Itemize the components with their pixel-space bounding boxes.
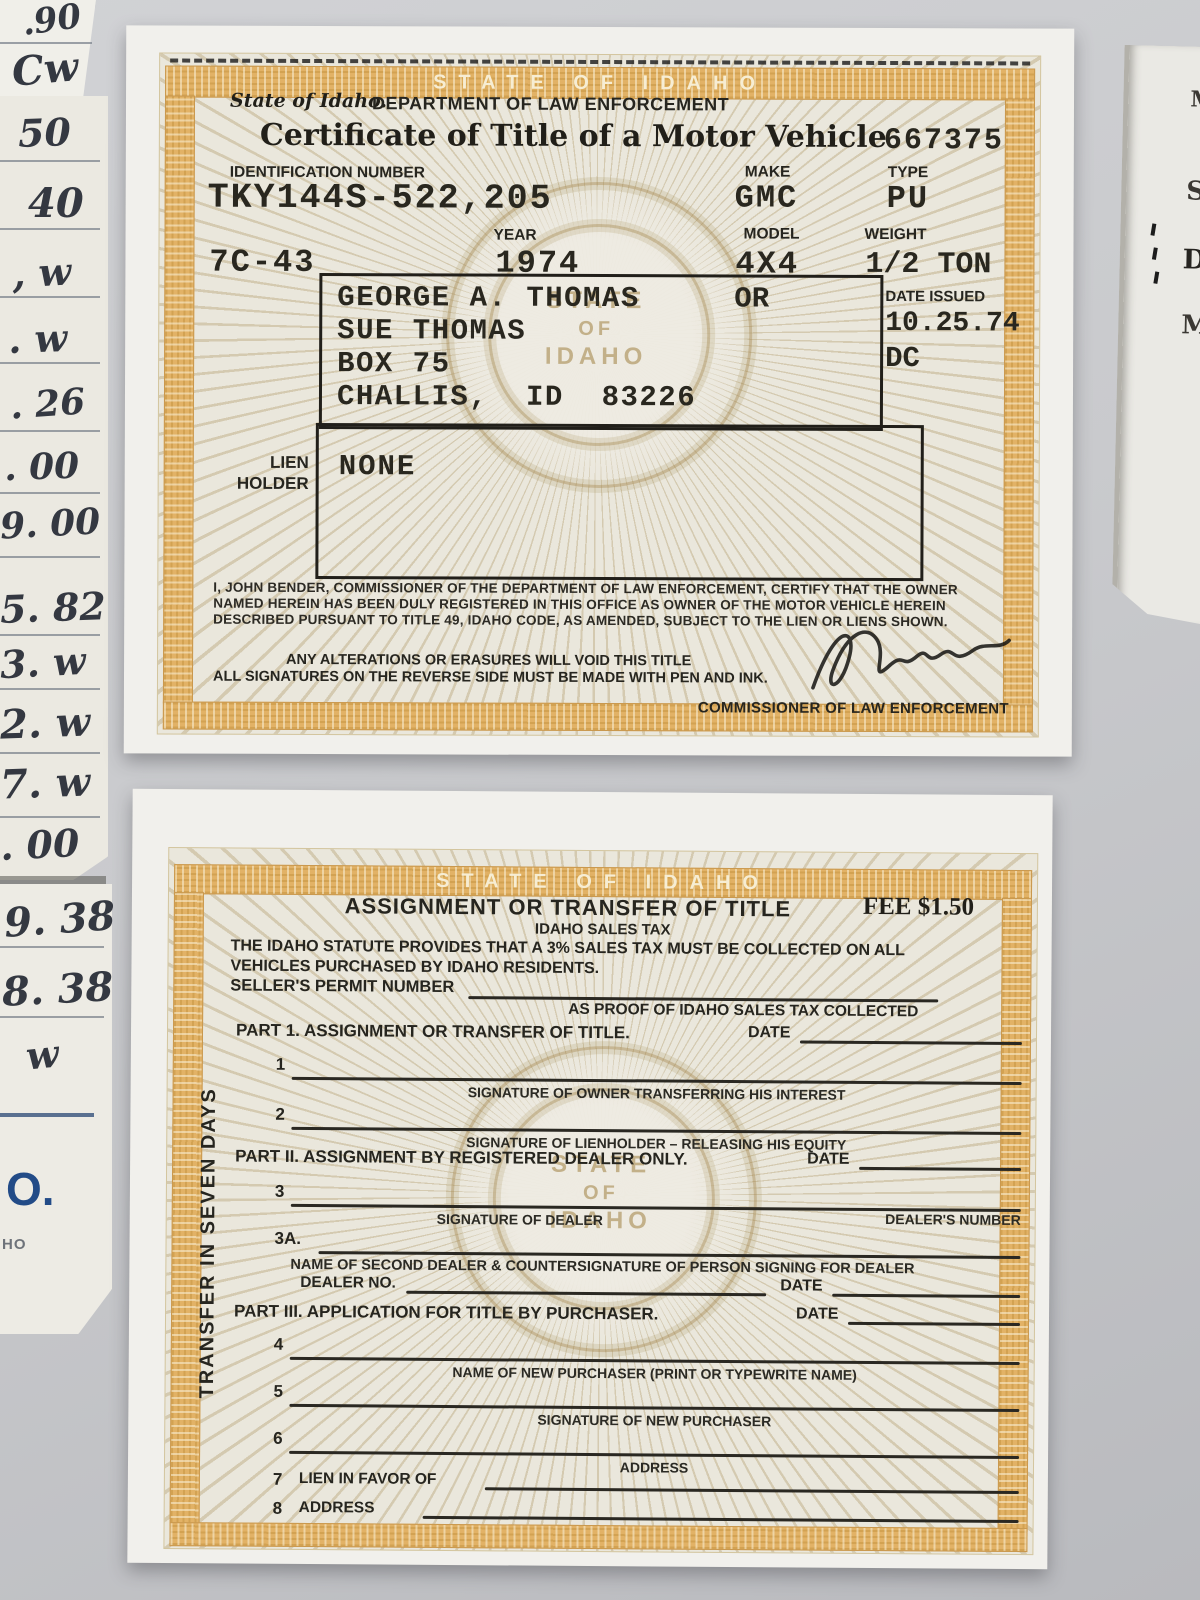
gold-border-left bbox=[163, 95, 195, 703]
partial-letter: M bbox=[1190, 86, 1200, 113]
weight-value: 1/2 TON bbox=[865, 248, 991, 282]
lienholder-label-line: HOLDER bbox=[219, 473, 309, 494]
ledger-rule bbox=[0, 752, 100, 754]
ledger-rule bbox=[0, 556, 100, 558]
dealer-no-label: DEALER NO. bbox=[300, 1274, 396, 1293]
ledger-amount: Cw bbox=[10, 43, 80, 96]
ledger-amount: . 00 bbox=[0, 820, 80, 869]
line-number: 2 bbox=[275, 1105, 285, 1125]
commissioner-signature bbox=[803, 604, 1018, 705]
model-label: MODEL bbox=[744, 226, 800, 244]
partial-letter: S bbox=[1186, 176, 1200, 206]
owner-name-line: SUE THOMAS bbox=[337, 314, 526, 348]
photo-background: .90 Cw 50 40 , w . w . 26 . 00 9. 00 5. … bbox=[0, 0, 1200, 1600]
proof-label: AS PROOF OF IDAHO SALES TAX COLLECTED bbox=[568, 1001, 918, 1021]
ledger-amount: 40 bbox=[28, 180, 84, 227]
weight-label: WEIGHT bbox=[865, 226, 927, 244]
ledger-rule bbox=[0, 430, 100, 432]
line-number: 4 bbox=[274, 1335, 284, 1355]
ledger-rule bbox=[0, 296, 100, 298]
lienholder-label: LIEN HOLDER bbox=[219, 452, 309, 494]
lienholder-box bbox=[315, 423, 924, 581]
dealers-number-label: DEALER'S NUMBER bbox=[807, 1211, 1021, 1228]
owner-address-line: BOX 75 bbox=[337, 347, 451, 380]
make-value: GMC bbox=[735, 179, 799, 216]
date-line bbox=[848, 1322, 1020, 1326]
date-issued-value: 10.25.74 bbox=[885, 308, 1020, 339]
ledger-amount: 9. 00 bbox=[0, 500, 101, 547]
ledger-rule bbox=[0, 946, 104, 948]
part3-title: PART III. APPLICATION FOR TITLE BY PURCH… bbox=[234, 1302, 659, 1325]
statute-paragraph: THE IDAHO STATUTE PROVIDES THAT A 3% SAL… bbox=[230, 936, 930, 981]
commissioner-title: COMMISSIONER OF LAW ENFORCEMENT bbox=[698, 699, 1009, 717]
date-label: DATE bbox=[780, 1277, 822, 1295]
partial-letter: M bbox=[1181, 310, 1200, 341]
ledger-amount: . 00 bbox=[3, 445, 80, 490]
part1-title: PART 1. ASSIGNMENT OR TRANSFER OF TITLE. bbox=[236, 1021, 630, 1044]
date-label: DATE bbox=[796, 1305, 838, 1323]
transfer-form: STATE OF IDAHO STATE OF IDAHO ASSIGNMENT… bbox=[163, 847, 1038, 1555]
line-number: 8 bbox=[273, 1499, 283, 1519]
fee-amount: FEE $1.50 bbox=[863, 893, 974, 922]
state-script-name: State of Idaho. bbox=[230, 90, 387, 113]
title-certificate-backing: STATE OF IDAHO STATE OF IDAHO State of I… bbox=[124, 25, 1075, 756]
dash-mark bbox=[1150, 223, 1156, 235]
ledger-rule bbox=[0, 1016, 104, 1018]
line-number: 5 bbox=[273, 1382, 283, 1402]
ledger-rule bbox=[0, 160, 100, 162]
type-value: PU bbox=[887, 180, 930, 217]
line-caption: NAME OF SECOND DEALER & COUNTERSIGNATURE… bbox=[290, 1257, 1020, 1278]
owner-name-line: GEORGE A. THOMAS bbox=[337, 281, 640, 315]
ledger-rule bbox=[0, 42, 92, 44]
signatures-notice: ALL SIGNATURES ON THE REVERSE SIDE MUST … bbox=[213, 669, 768, 687]
date-line bbox=[800, 1040, 1022, 1045]
date-line bbox=[859, 1167, 1021, 1171]
blank-line bbox=[423, 1516, 1019, 1523]
sellers-permit-label: SELLER'S PERMIT NUMBER bbox=[230, 976, 454, 997]
ledger-rule bbox=[0, 492, 100, 494]
ledger-amount: 5. 82 bbox=[0, 583, 107, 632]
line-caption: SIGNATURE OF OWNER TRANSFERRING HIS INTE… bbox=[292, 1083, 1022, 1104]
line-caption: SIGNATURE OF NEW PURCHASER bbox=[289, 1410, 1019, 1431]
ledger-amount: . 26 bbox=[9, 380, 87, 427]
ledger-rule bbox=[0, 228, 100, 230]
adjacent-paper: M S D M bbox=[1111, 45, 1200, 627]
seal-word: OF bbox=[521, 1179, 681, 1208]
part2-title: PART II. ASSIGNMENT BY REGISTERED DEALER… bbox=[235, 1147, 688, 1170]
title-code-value: 7C-43 bbox=[209, 244, 315, 281]
identification-number-value: TKY144S-522,205 bbox=[208, 178, 553, 219]
transfer-side-text: TRANSFER IN SEVEN DAYS bbox=[196, 1033, 222, 1453]
dash-mark bbox=[1152, 247, 1158, 259]
ledger-amount: 50 bbox=[17, 109, 71, 156]
ledger-rule bbox=[0, 634, 100, 636]
ledger-amount: 3. w bbox=[0, 638, 87, 687]
ledger-slips: .90 Cw 50 40 , w . w . 26 . 00 9. 00 5. … bbox=[0, 0, 120, 1340]
slip-seam bbox=[0, 876, 106, 884]
lienholder-label-line: LIEN bbox=[219, 452, 309, 473]
date-issued-label: DATE ISSUED bbox=[885, 288, 985, 305]
ledger-amount: , w bbox=[11, 248, 72, 296]
alterations-notice: ANY ALTERATIONS OR ERASURES WILL VOID TH… bbox=[286, 652, 691, 669]
line-number: 3A. bbox=[275, 1229, 302, 1249]
year-label: YEAR bbox=[494, 227, 537, 245]
slip-divider-line bbox=[0, 1113, 94, 1117]
title-certificate: STATE OF IDAHO STATE OF IDAHO State of I… bbox=[157, 52, 1041, 737]
perforation-line bbox=[170, 59, 1030, 66]
gold-border-bottom bbox=[169, 1522, 1027, 1552]
partial-letter: D bbox=[1182, 244, 1200, 276]
address-label: ADDRESS bbox=[299, 1499, 375, 1518]
date-label: DATE bbox=[807, 1151, 849, 1169]
printed-note-big: O. bbox=[6, 1162, 55, 1216]
dash-mark bbox=[1153, 271, 1159, 283]
line-number: 1 bbox=[276, 1055, 286, 1075]
line-caption: SIGNATURE OF DEALER bbox=[437, 1211, 603, 1228]
ledger-amount: 2. w bbox=[0, 698, 91, 748]
document-title: Certificate of Title of a Motor Vehicle bbox=[260, 118, 887, 155]
transfer-form-backing: STATE OF IDAHO STATE OF IDAHO ASSIGNMENT… bbox=[127, 789, 1052, 1569]
ledger-amount: 7. w bbox=[0, 758, 91, 808]
ledger-rule bbox=[0, 816, 100, 818]
ledger-amount: w bbox=[24, 1030, 61, 1078]
serial-number: 667375 bbox=[884, 124, 1004, 158]
lien-in-favor-label: LIEN IN FAVOR OF bbox=[299, 1470, 437, 1489]
date-line bbox=[832, 1294, 1020, 1298]
ledger-slip-piece bbox=[0, 884, 112, 1334]
office-code-value: DC bbox=[885, 342, 920, 375]
owner-or: OR bbox=[734, 282, 769, 315]
ledger-rule bbox=[0, 688, 100, 690]
line-caption: NAME OF NEW PURCHASER (PRINT OR TYPEWRIT… bbox=[290, 1363, 1020, 1384]
date-label: DATE bbox=[748, 1024, 790, 1042]
ledger-amount: 9. 38 bbox=[2, 892, 116, 947]
department-name: DEPARTMENT OF LAW ENFORCEMENT bbox=[372, 93, 729, 115]
line-number: 6 bbox=[273, 1429, 283, 1449]
owner-city-line: CHALLIS, ID 83226 bbox=[337, 380, 696, 414]
line-number: 3 bbox=[275, 1182, 285, 1202]
blank-line bbox=[485, 1487, 1019, 1494]
ledger-amount: 8. 38 bbox=[1, 963, 115, 1016]
printed-note-small: HO bbox=[2, 1236, 27, 1253]
ledger-amount: . w bbox=[7, 315, 68, 362]
ledger-rule bbox=[0, 362, 100, 364]
lienholder-value: NONE bbox=[339, 450, 417, 483]
line-number: 7 bbox=[273, 1470, 283, 1490]
